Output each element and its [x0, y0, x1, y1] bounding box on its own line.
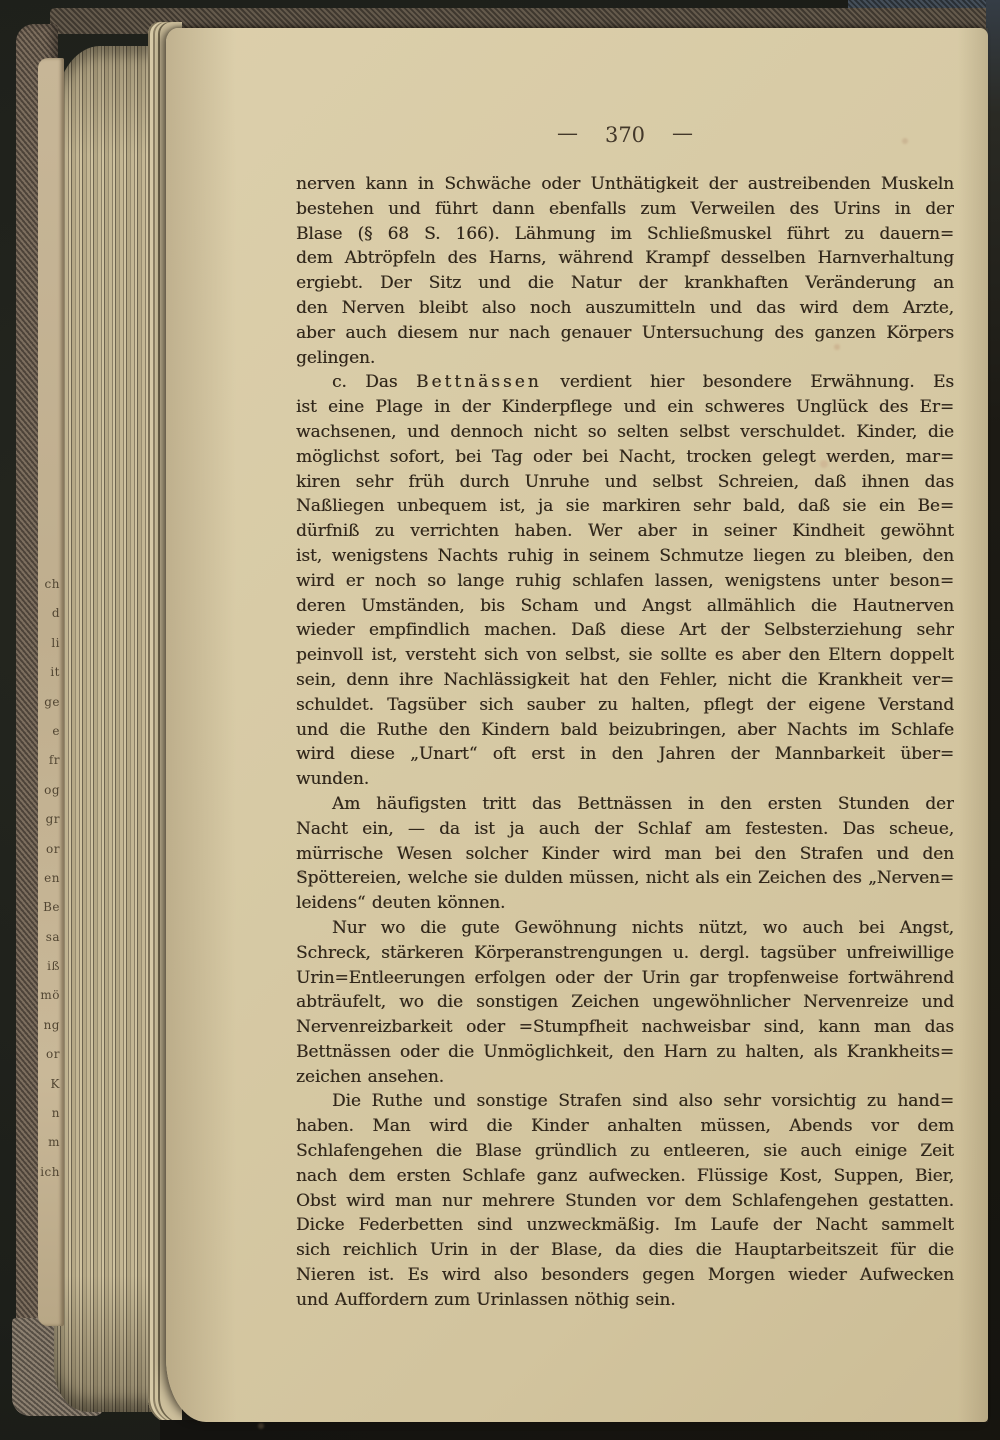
text-line: aber auch diesem nur nach genauer Unters…	[296, 321, 954, 346]
page-content: —370— nerven kann in Schwäche oder Unthä…	[296, 122, 954, 1313]
book-right-edge	[986, 0, 1000, 1440]
text-line: wachsenen, und dennoch nicht so selten s…	[296, 420, 954, 445]
text-line: leidens“ deuten können.	[296, 891, 954, 916]
text-line: Blase (§ 68 S. 166). Lähmung im Schließm…	[296, 222, 954, 247]
stub-letter-fragment: mö	[40, 989, 60, 1001]
stub-letter-fragment: ich	[40, 1166, 60, 1178]
stub-letter-fragment: n	[52, 1107, 60, 1119]
text-line: Nieren ist. Es wird also besonders gegen…	[296, 1263, 954, 1288]
page-number: 370	[605, 123, 645, 147]
stub-letter-fragment: Be	[43, 901, 60, 913]
text-line: haben. Man wird die Kinder anhalten müss…	[296, 1114, 954, 1139]
scan-background: chdliitgeefroggrorenBesaißmöngorKnmich —…	[0, 0, 1000, 1440]
header-dash-right: —	[672, 120, 693, 147]
text-line: Am häufigsten tritt das Bettnässen in de…	[296, 792, 954, 817]
paragraph: c. Das Bettnässen verdient hier besonder…	[296, 370, 954, 792]
text-line: sich reichlich Urin in der Blase, da die…	[296, 1238, 954, 1263]
page-header: —370—	[296, 122, 954, 149]
text-line: c. Das Bettnässen verdient hier besonder…	[296, 370, 954, 395]
book-page: —370— nerven kann in Schwäche oder Unthä…	[166, 28, 988, 1422]
paragraph: Nur wo die gute Gewöhnung nichts nützt, …	[296, 916, 954, 1090]
paragraph: Die Ruthe und sonstige Strafen sind also…	[296, 1089, 954, 1312]
stub-letter-fragment: or	[46, 1048, 60, 1060]
text-line: ist eine Plage in der Kinderpflege und e…	[296, 395, 954, 420]
text-line: und Auffordern zum Urinlassen nöthig sei…	[296, 1288, 954, 1313]
text-line: mürrische Wesen solcher Kinder wird man …	[296, 842, 954, 867]
text-line: Nacht ein, — da ist ja auch der Schlaf a…	[296, 817, 954, 842]
text-line: Spöttereien, welche sie dulden müssen, n…	[296, 866, 954, 891]
letterspaced-term: Bettnässen	[416, 372, 542, 392]
text-line: möglichst sofort, bei Tag oder bei Nacht…	[296, 445, 954, 470]
text-line: den Nerven bleibt also noch auszumitteln…	[296, 296, 954, 321]
stub-letter-fragment: K	[51, 1078, 60, 1090]
stub-letter-fragment: ch	[45, 578, 60, 590]
body-text: nerven kann in Schwäche oder Unthätigkei…	[296, 172, 954, 1313]
text-line: zeichen ansehen.	[296, 1065, 954, 1090]
text-line: Nur wo die gute Gewöhnung nichts nützt, …	[296, 916, 954, 941]
text-line: abträufelt, wo die sonstigen Zeichen ung…	[296, 990, 954, 1015]
text-line: Nervenreizbarkeit oder =Stumpfheit nachw…	[296, 1015, 954, 1040]
text-line: Naßliegen unbequem ist, ja sie markiren …	[296, 494, 954, 519]
text-line: dürfniß zu verrichten haben. Wer aber in…	[296, 519, 954, 544]
text-line: wird diese „Unart“ oft erst in den Jahre…	[296, 742, 954, 767]
text-line: bestehen und führt dann ebenfalls zum Ve…	[296, 197, 954, 222]
text-line: ist, wenigstens Nachts ruhig in seinem S…	[296, 544, 954, 569]
text-line: Schreck, stärkeren Körperanstrengungen u…	[296, 941, 954, 966]
paragraph: nerven kann in Schwäche oder Unthätigkei…	[296, 172, 954, 370]
text-line: kiren sehr früh durch Unruhe und selbst …	[296, 470, 954, 495]
text-line: gelingen.	[296, 346, 954, 371]
stub-letter-fragment: gr	[46, 813, 60, 825]
text-line: peinvoll ist, versteht sich von selbst, …	[296, 643, 954, 668]
book-bottom-edge	[160, 1420, 1000, 1440]
stub-letter-fragment: li	[51, 637, 60, 649]
text-line: Bettnässen oder die Unmöglichkeit, den H…	[296, 1040, 954, 1065]
text-line: schuldet. Tagsüber sich sauber zu halten…	[296, 693, 954, 718]
stub-letter-fragment: e	[52, 725, 60, 737]
text-line: nach dem ersten Schlafe ganz aufwecken. …	[296, 1164, 954, 1189]
stub-letter-fragment: or	[46, 843, 60, 855]
stub-letter-fragment: it	[50, 666, 60, 678]
text-line: Urin=Entleerungen erfolgen oder der Urin…	[296, 966, 954, 991]
text-line: wunden.	[296, 767, 954, 792]
text-line: wird er noch so lange ruhig schlafen las…	[296, 569, 954, 594]
text-line: sein, denn ihre Nachlässigkeit hat den F…	[296, 668, 954, 693]
text-line: nerven kann in Schwäche oder Unthätigkei…	[296, 172, 954, 197]
stub-letter-fragment: ge	[44, 696, 60, 708]
paragraph: Am häufigsten tritt das Bettnässen in de…	[296, 792, 954, 916]
text-segment: c. Das	[332, 372, 416, 392]
stub-letter-fragment: en	[44, 872, 60, 884]
text-line: wieder empfindlich machen. Daß diese Art…	[296, 618, 954, 643]
header-dash-left: —	[557, 120, 578, 147]
text-line: Obst wird man nur mehrere Stunden vor de…	[296, 1189, 954, 1214]
torn-page-stub: chdliitgeefroggrorenBesaißmöngorKnmich	[38, 58, 64, 1326]
text-line: deren Umständen, bis Scham und Angst all…	[296, 594, 954, 619]
stub-letter-fragment: ng	[44, 1019, 60, 1031]
text-segment: verdient hier besondere Erwähnung. Es	[542, 372, 954, 392]
stub-letter-fragment: m	[48, 1136, 60, 1148]
stub-letter-fragment: sa	[46, 931, 60, 943]
text-line: Schlafengehen die Blase gründlich zu ent…	[296, 1139, 954, 1164]
stub-letter-fragment: d	[52, 607, 60, 619]
stub-letter-fragment: iß	[47, 960, 60, 972]
torn-page-text-fragments: chdliitgeefroggrorenBesaißmöngorKnmich	[38, 578, 64, 1178]
text-line: ergiebt. Der Sitz und die Natur der kran…	[296, 271, 954, 296]
text-line: dem Abtröpfeln des Harns, während Krampf…	[296, 246, 954, 271]
stub-letter-fragment: fr	[49, 754, 60, 766]
text-line: und die Ruthe den Kindern bald beizubrin…	[296, 718, 954, 743]
text-line: Die Ruthe und sonstige Strafen sind also…	[296, 1089, 954, 1114]
text-line: Dicke Federbetten sind unzweckmäßig. Im …	[296, 1213, 954, 1238]
stub-letter-fragment: og	[44, 784, 60, 796]
